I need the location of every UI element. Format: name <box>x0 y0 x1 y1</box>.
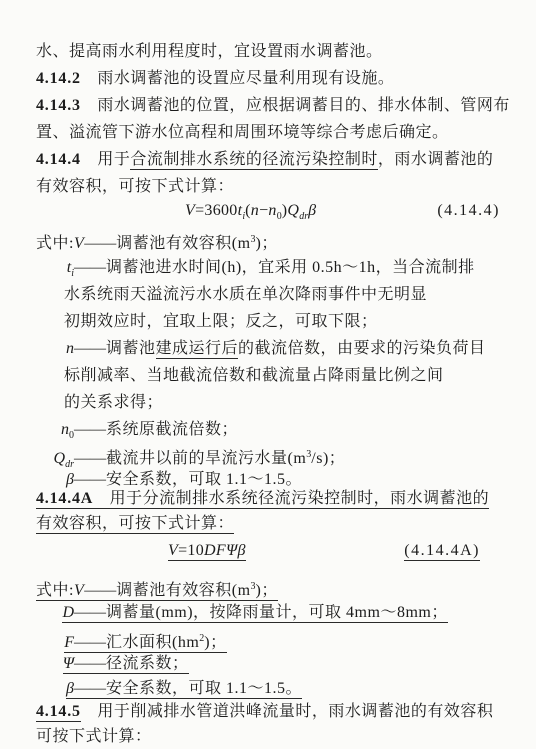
definition-term: F <box>36 633 74 653</box>
text-segment: 系统原截流倍数； <box>106 421 238 438</box>
text-segment: 雨水调蓄池的位置，应根据调蓄目的、排水体制、管网布 <box>81 97 510 114</box>
definition-term: n0 <box>36 420 74 446</box>
text-segment: )； <box>256 582 278 601</box>
text-segment: 安全系数，可取 1.1～1.5。 <box>106 680 302 699</box>
math-variable: β <box>238 542 246 561</box>
text-line: 4.14.4 用于合流制排水系统的径流污染控制时，雨水调蓄池的 <box>36 150 493 170</box>
definition-dash: —— <box>74 450 106 467</box>
definition-term: D <box>36 603 74 623</box>
subscript: dr <box>65 459 74 470</box>
math-variable: β <box>308 202 316 219</box>
definition-line: n0——系统原截流倍数； <box>36 420 238 446</box>
text-segment: =3600 <box>195 202 238 219</box>
text-segment: /s)； <box>311 450 345 467</box>
definition-line: F——汇水面积(hm2)； <box>36 629 227 653</box>
document-page: 水、提高雨水利用程度时，宜设置雨水调蓄池。4.14.2 雨水调蓄池的设置应尽量利… <box>0 0 536 749</box>
definition-term: β <box>36 470 74 490</box>
text-segment: ，雨水调蓄池的 <box>378 151 494 168</box>
text-segment: 调蓄池 <box>106 340 156 357</box>
text-segment: (4.14.4) <box>437 202 500 219</box>
math-variable: β <box>66 471 74 488</box>
text-segment: 调蓄池进水时间(h)，宜采用 0.5h～1h，当合流制排 <box>106 259 475 276</box>
subscript: dr <box>299 211 308 222</box>
clause-number: 4.14.3 <box>36 97 81 114</box>
math-variable: Q <box>54 450 66 467</box>
math-variable: V <box>168 542 178 561</box>
math-variable: Ψ <box>63 655 74 674</box>
math-variable: F <box>64 634 74 653</box>
definition-dash: —— <box>74 471 106 488</box>
text-segment: 有效容积，可按下式计算： <box>36 178 234 195</box>
text-segment: 式中: <box>36 582 74 601</box>
math-variable: Ψ <box>226 542 238 561</box>
formula-line: V=10DFΨβ(4.14.4A) <box>0 541 536 563</box>
text-line: 水系统雨天溢流污水水质在单次降雨事件中无明显 <box>64 285 427 305</box>
text-segment: )； <box>256 235 278 252</box>
equation-number: (4.14.4A) <box>404 541 480 561</box>
definition-dash: —— <box>84 235 116 252</box>
text-line: 4.14.5 用于削减排水管道洪峰流量时，雨水调蓄池的有效容积 <box>36 702 493 722</box>
definition-dash: —— <box>74 680 106 699</box>
definition-term: ti <box>36 258 74 284</box>
text-segment: 用于 <box>81 151 131 168</box>
text-segment: )； <box>204 634 226 653</box>
math-variable: β <box>66 680 74 699</box>
text-segment: 初期效应时，宜取上限；反之，可取下限； <box>64 313 378 330</box>
clause-number: 4.14.2 <box>36 70 81 87</box>
math-variable: Q <box>287 202 299 219</box>
text-line: 可按下式计算： <box>36 727 152 747</box>
text-segment: 用于削减排水管道洪峰流量时，雨水调蓄池的有效容积 <box>81 703 494 720</box>
text-segment: 的关系求得； <box>64 394 163 411</box>
text-line: 式中:V——调蓄池有效容积(m3)； <box>36 577 278 601</box>
text-line: 式中:V——调蓄池有效容积(m3)； <box>36 230 278 254</box>
definition-term: n <box>36 339 74 359</box>
definition-dash: —— <box>74 340 106 357</box>
definition-term: β <box>36 679 74 699</box>
underlined-group: 3 <box>251 582 256 601</box>
text-segment: 水系统雨天溢流污水水质在单次降雨事件中无明显 <box>64 286 427 303</box>
text-line: 水、提高雨水利用程度时，宜设置雨水调蓄池。 <box>36 42 383 62</box>
math-variable: n <box>61 421 69 438</box>
math-variable: V <box>185 202 195 219</box>
text-segment: 安全系数，可取 1.1～1.5。 <box>106 471 302 488</box>
text-line: 标削减率、当地截流倍数和截流量占降雨量比例之间 <box>64 366 444 386</box>
definition-term: Ψ <box>36 654 74 674</box>
math-variable: V <box>74 235 84 252</box>
definition-dash: —— <box>74 604 106 623</box>
equation: V=10DFΨβ <box>168 541 246 561</box>
text-segment: =10 <box>178 542 204 561</box>
math-variable: n <box>251 202 259 219</box>
text-segment: 置、溢流管下游水位高程和周围环境等综合考虑后确定。 <box>36 124 449 141</box>
definition-line: ti——调蓄池进水时间(h)，宜采用 0.5h～1h，当合流制排 <box>36 258 475 284</box>
text-segment: 雨水调蓄池的设置应尽量利用现有设施。 <box>81 70 395 87</box>
clause-number: 4.14.5 <box>36 703 81 722</box>
text-segment: 调蓄池有效容积(m <box>116 582 250 601</box>
definition-line: D——调蓄量(mm)，按降雨量计，可取 4mm～8mm； <box>36 603 448 623</box>
math-variable: F <box>216 542 226 561</box>
definition-dash: —— <box>74 634 106 653</box>
definition-dash: —— <box>74 421 106 438</box>
equation: V=3600ti(n−n0)Qdrβ <box>185 201 316 227</box>
text-segment: 调蓄量(mm)，按降雨量计，可取 4mm～8mm； <box>106 604 448 623</box>
text-segment: 截流井以前的旱流污水量(m <box>106 450 306 467</box>
text-segment: 标削减率、当地截流倍数和截流量占降雨量比例之间 <box>64 367 444 384</box>
text-segment: 径流系数； <box>106 655 189 674</box>
clause-number: 4.14.4 <box>36 151 81 168</box>
text-line: 有效容积，可按下式计算： <box>36 514 234 534</box>
text-segment: 用于分流制排水系统径流污染控制时，雨水调蓄池的 <box>93 490 489 509</box>
math-variable: n <box>268 202 276 219</box>
text-line: 初期效应时，宜取上限；反之，可取下限； <box>64 312 378 332</box>
text-segment: 式中: <box>36 235 74 252</box>
formula-line: V=3600ti(n−n0)Qdrβ(4.14.4) <box>0 201 536 223</box>
text-line: 4.14.3 雨水调蓄池的位置，应根据调蓄目的、排水体制、管网布 <box>36 96 510 116</box>
text-segment: 有效容积，可按下式计算： <box>36 515 234 534</box>
definition-dash: —— <box>74 655 106 674</box>
text-segment: 调蓄池有效容积(m <box>116 235 250 252</box>
text-segment: 合流制排水系统的径流污染控制时 <box>130 151 378 170</box>
definition-dash: —— <box>84 582 116 601</box>
definition-line: n——调蓄池建成运行后的截流倍数，由要求的污染负荷目 <box>36 339 486 359</box>
text-line: 4.14.4A 用于分流制排水系统径流污染控制时，雨水调蓄池的 <box>36 489 489 509</box>
math-variable: V <box>74 582 84 601</box>
text-segment: 可按下式计算： <box>36 728 152 745</box>
text-segment: 建成运行后 <box>156 340 239 359</box>
math-variable: n <box>66 340 74 357</box>
definition-line: β——安全系数，可取 1.1～1.5。 <box>36 470 302 490</box>
definition-line: β——安全系数，可取 1.1～1.5。 <box>36 679 302 699</box>
text-segment: 的截流倍数，由要求的污染负荷目 <box>238 340 486 357</box>
definition-dash: —— <box>74 259 106 276</box>
text-line: 置、溢流管下游水位高程和周围环境等综合考虑后确定。 <box>36 123 449 143</box>
equation-number: (4.14.4) <box>437 201 500 221</box>
text-segment: (4.14.4A) <box>404 542 480 561</box>
text-line: 4.14.2 雨水调蓄池的设置应尽量利用现有设施。 <box>36 69 394 89</box>
math-variable: D <box>204 542 216 561</box>
clause-number: 4.14.4A <box>36 490 93 509</box>
text-segment: 水、提高雨水利用程度时，宜设置雨水调蓄池。 <box>36 43 383 60</box>
math-variable: D <box>62 604 74 623</box>
text-segment: 汇水面积(hm <box>106 634 199 653</box>
definition-line: Ψ——径流系数； <box>36 654 189 674</box>
text-line: 有效容积，可按下式计算： <box>36 177 234 197</box>
superscript: 3 <box>251 581 256 592</box>
text-line: 的关系求得； <box>64 393 163 413</box>
